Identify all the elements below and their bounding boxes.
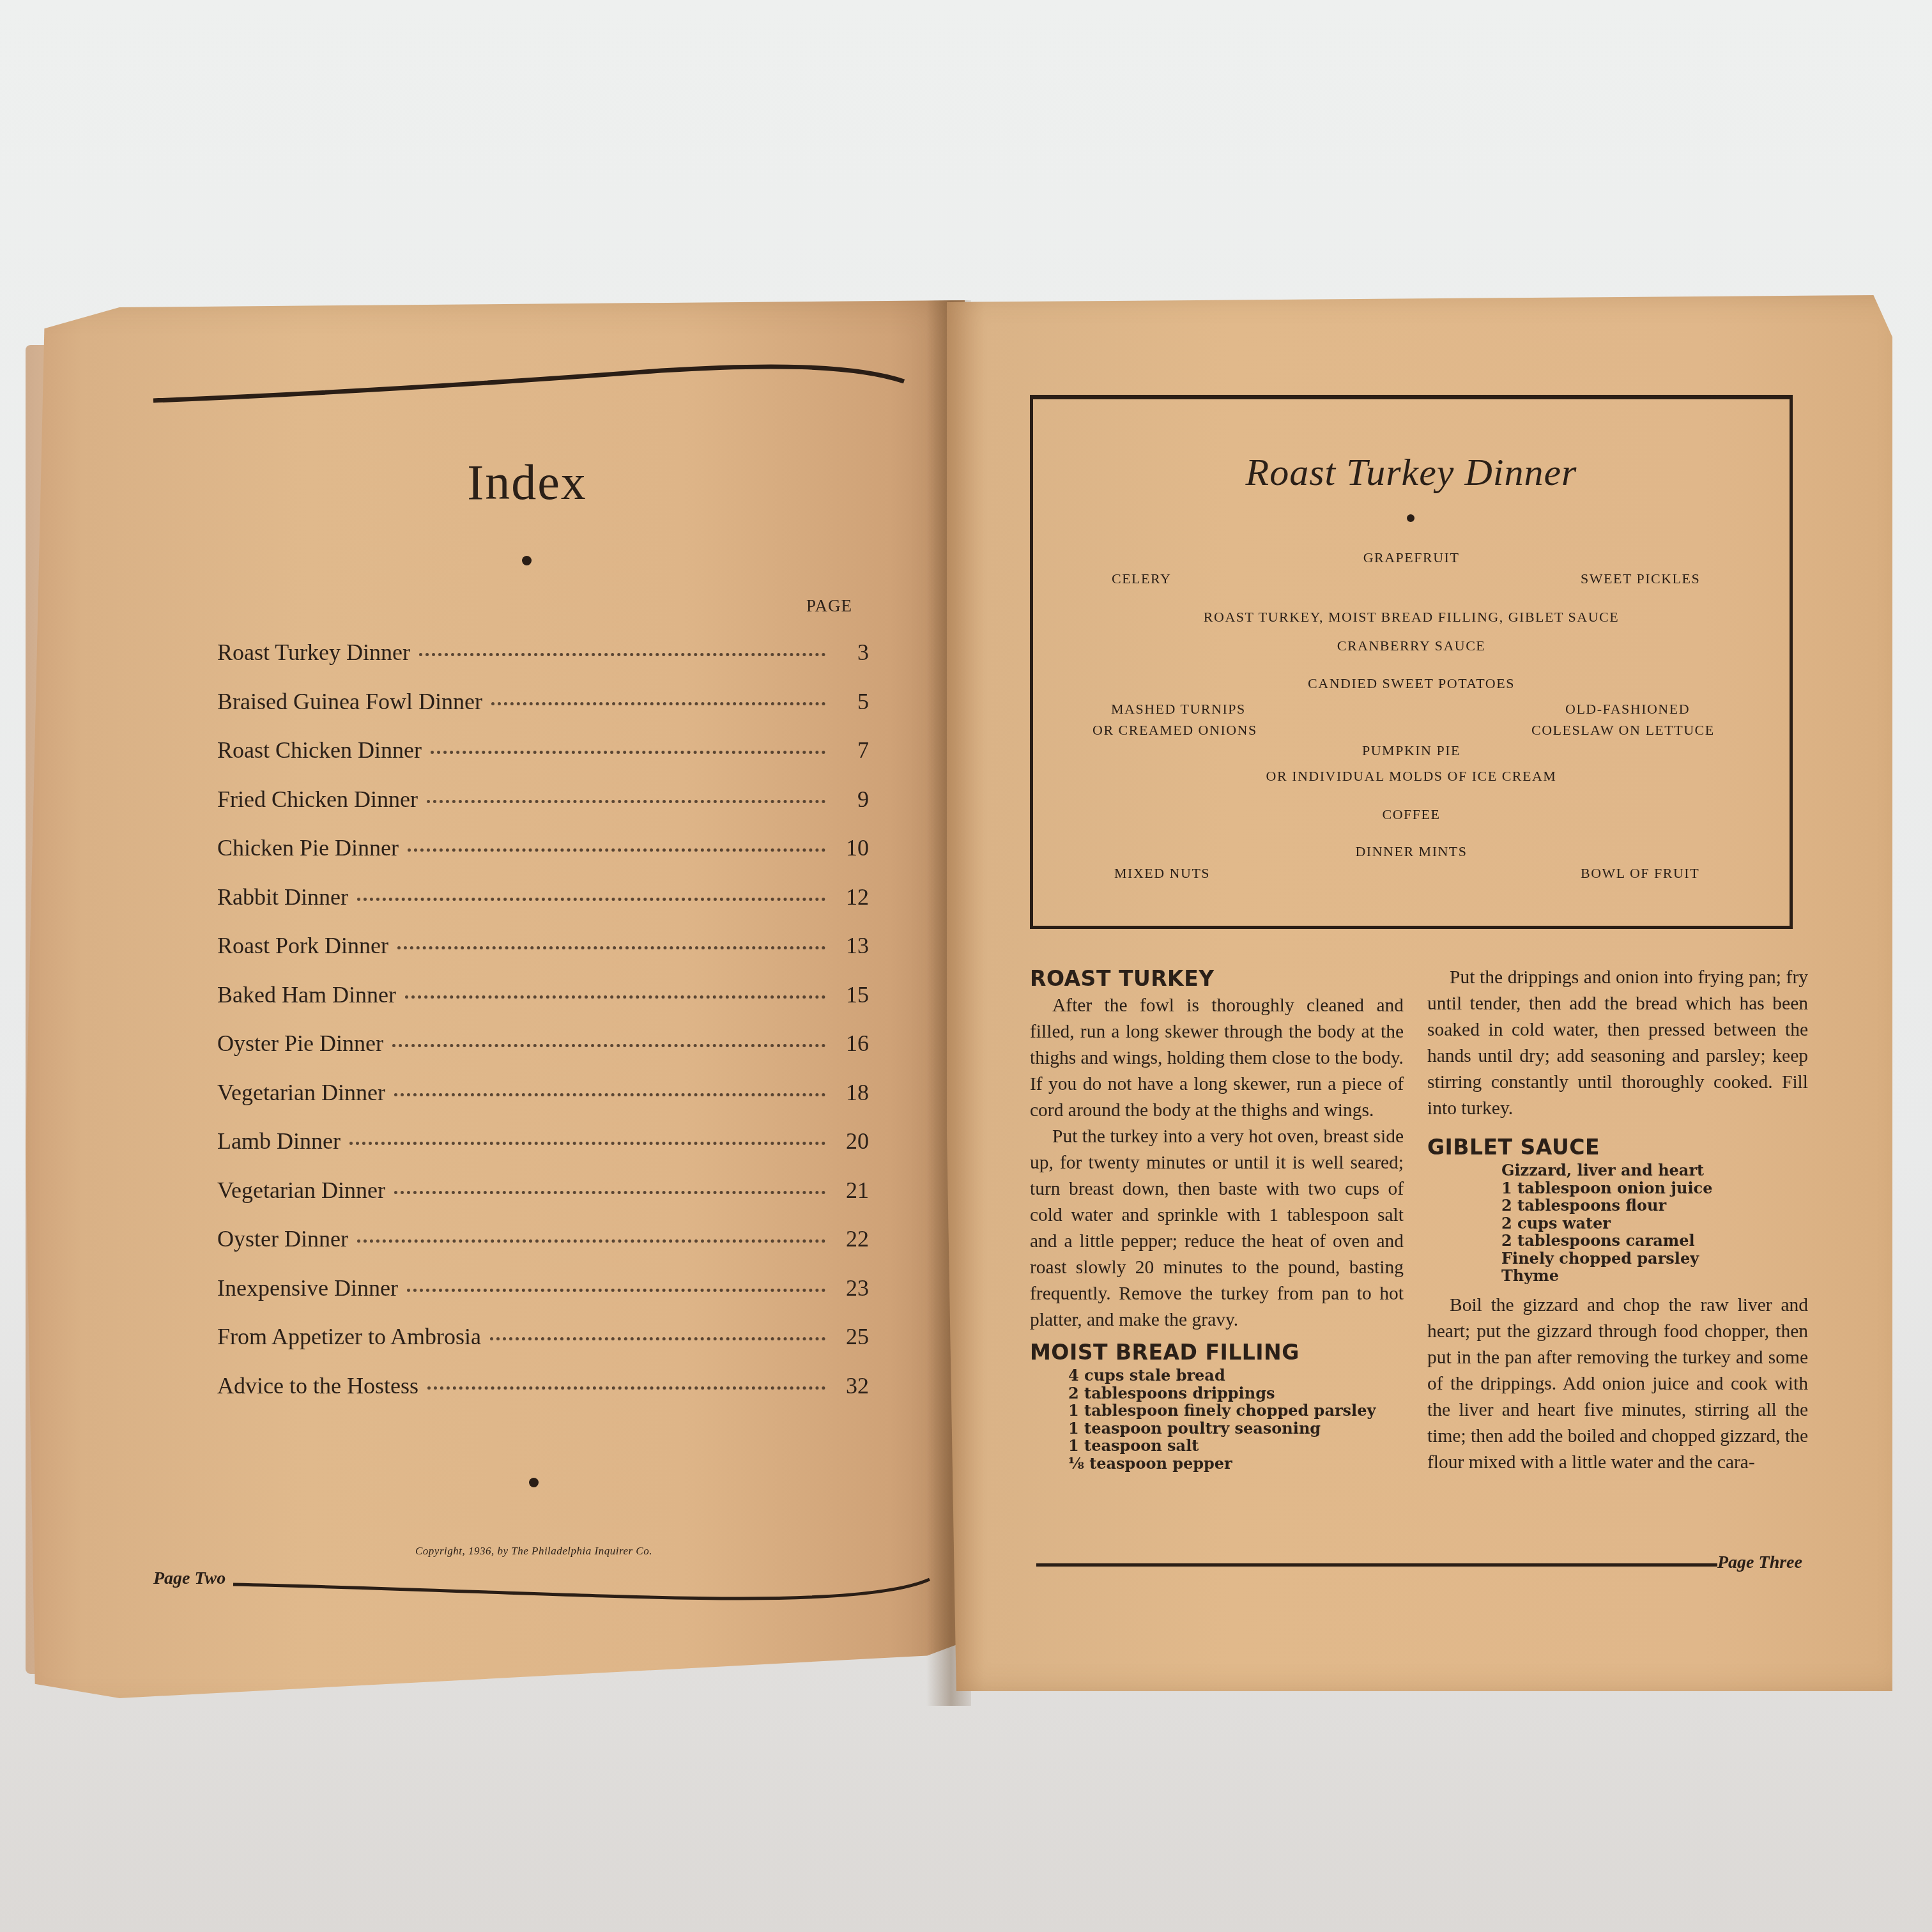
- index-entry-title: Chicken Pie Dinner: [217, 834, 399, 861]
- open-cookbook: Index PAGE Roast Turkey Dinner3 Braised …: [0, 0, 1932, 1932]
- index-entry-page: 10: [839, 834, 869, 861]
- menu-item: DINNER MINTS: [1030, 843, 1793, 860]
- menu-item: BOWL OF FRUIT: [1581, 865, 1699, 882]
- index-entry-title: Fried Chicken Dinner: [217, 786, 418, 813]
- index-entry-title: Lamb Dinner: [217, 1128, 341, 1154]
- index-entry-page: 23: [839, 1275, 869, 1301]
- ingredient: Gizzard, liver and heart: [1501, 1161, 1808, 1179]
- dot-leader: [392, 1044, 825, 1047]
- recipe-column-left: ROAST TURKEY After the fowl is thoroughl…: [1030, 965, 1404, 1472]
- menu-item: GRAPEFRUIT: [1030, 549, 1793, 566]
- ingredient-list: Gizzard, liver and heart 1 tablespoon on…: [1427, 1161, 1808, 1285]
- menu-item: CANDIED SWEET POTATOES: [1030, 675, 1793, 692]
- top-rule-left: [150, 355, 910, 412]
- index-entry-title: Roast Turkey Dinner: [217, 639, 410, 666]
- dot-leader: [407, 1289, 825, 1292]
- recipe-paragraph: Boil the gizzard and chop the raw liver …: [1427, 1292, 1808, 1476]
- dot-leader: [419, 653, 825, 656]
- dot-leader: [427, 800, 825, 803]
- ingredient: 1 teaspoon salt: [1068, 1437, 1404, 1455]
- index-entry[interactable]: Baked Ham Dinner15: [217, 981, 869, 1031]
- ingredient: 2 tablespoons caramel: [1501, 1232, 1808, 1250]
- index-entry-title: Roast Chicken Dinner: [217, 737, 422, 763]
- index-entry-page: 3: [839, 639, 869, 666]
- dot-leader: [491, 702, 825, 705]
- index-list: Roast Turkey Dinner3 Braised Guinea Fowl…: [217, 639, 869, 1421]
- index-entry-page: 22: [839, 1225, 869, 1252]
- recipe-paragraph: Put the turkey into a very hot oven, bre…: [1030, 1124, 1404, 1333]
- ingredient: 2 tablespoons flour: [1501, 1197, 1808, 1215]
- ingredient: Finely chopped parsley: [1501, 1250, 1808, 1268]
- index-entry-page: 20: [839, 1128, 869, 1154]
- index-entry-page: 15: [839, 981, 869, 1008]
- index-entry-title: Vegetarian Dinner: [217, 1079, 385, 1106]
- index-entry-page: 7: [839, 737, 869, 763]
- index-entry-page: 18: [839, 1079, 869, 1106]
- index-entry-title: Braised Guinea Fowl Dinner: [217, 688, 482, 715]
- index-entry-title: Oyster Pie Dinner: [217, 1030, 383, 1057]
- index-entry-page: 9: [839, 786, 869, 813]
- index-entry[interactable]: Vegetarian Dinner21: [217, 1177, 869, 1226]
- dot-leader: [405, 995, 825, 999]
- index-entry[interactable]: From Appetizer to Ambrosia25: [217, 1323, 869, 1372]
- index-entry[interactable]: Chicken Pie Dinner10: [217, 834, 869, 884]
- section-heading-giblet-sauce: GIBLET SAUCE: [1427, 1133, 1808, 1161]
- index-entry-title: Vegetarian Dinner: [217, 1177, 385, 1204]
- menu-item: PUMPKIN PIE: [1030, 742, 1793, 759]
- index-entry-title: Advice to the Hostess: [217, 1372, 418, 1399]
- ingredient: ⅛ teaspoon pepper: [1068, 1455, 1404, 1473]
- ingredient: 1 tablespoon finely chopped parsley: [1068, 1402, 1404, 1420]
- ingredient-list: 4 cups stale bread 2 tablespoons drippin…: [1030, 1367, 1404, 1472]
- menu-item: OR INDIVIDUAL MOLDS OF ICE CREAM: [1030, 768, 1793, 785]
- section-heading-roast-turkey: ROAST TURKEY: [1030, 965, 1404, 993]
- index-entry[interactable]: Roast Pork Dinner13: [217, 932, 869, 981]
- ornament-dot: [522, 556, 532, 565]
- index-entry-title: Oyster Dinner: [217, 1225, 348, 1252]
- bottom-rule-left: [230, 1572, 933, 1610]
- index-entry-page: 25: [839, 1323, 869, 1350]
- dot-leader: [397, 946, 825, 949]
- menu-item: ROAST TURKEY, MOIST BREAD FILLING, GIBLE…: [1030, 609, 1793, 625]
- menu-item: MIXED NUTS: [1114, 865, 1210, 882]
- menu-title: Roast Turkey Dinner: [1030, 450, 1793, 494]
- dot-leader: [431, 751, 825, 754]
- menu-item: COFFEE: [1030, 806, 1793, 823]
- ingredient: 2 cups water: [1501, 1215, 1808, 1232]
- index-entry-title: Baked Ham Dinner: [217, 981, 396, 1008]
- menu-item: CELERY: [1112, 571, 1171, 587]
- index-entry-title: Roast Pork Dinner: [217, 932, 388, 959]
- menu-item: CRANBERRY SAUCE: [1030, 638, 1793, 654]
- ornament-dot: [1407, 514, 1414, 522]
- bottom-rule-right: [1036, 1563, 1717, 1567]
- index-entry-title: From Appetizer to Ambrosia: [217, 1323, 481, 1350]
- index-entry[interactable]: Fried Chicken Dinner9: [217, 786, 869, 835]
- menu-item: OLD-FASHIONED: [1565, 701, 1690, 717]
- dot-leader: [394, 1191, 825, 1194]
- recipe-paragraph: Put the drippings and onion into frying …: [1427, 965, 1808, 1122]
- ornament-dot: [529, 1478, 539, 1487]
- index-entry-page: 21: [839, 1177, 869, 1204]
- index-entry-title: Rabbit Dinner: [217, 884, 348, 910]
- dot-leader: [394, 1093, 825, 1096]
- index-entry[interactable]: Advice to the Hostess32: [217, 1372, 869, 1422]
- index-entry[interactable]: Roast Chicken Dinner7: [217, 737, 869, 786]
- page-column-label: PAGE: [806, 596, 852, 616]
- page-number-footer: Page Two: [153, 1568, 226, 1589]
- index-entry[interactable]: Rabbit Dinner12: [217, 884, 869, 933]
- index-entry-page: 12: [839, 884, 869, 910]
- section-heading-moist-bread-filling: MOIST BREAD FILLING: [1030, 1338, 1404, 1367]
- dot-leader: [349, 1142, 825, 1145]
- index-entry[interactable]: Roast Turkey Dinner3: [217, 639, 869, 688]
- copyright-notice: Copyright, 1936, by The Philadelphia Inq…: [415, 1545, 652, 1558]
- menu-item: COLESLAW ON LETTUCE: [1531, 722, 1715, 739]
- index-entry-page: 32: [839, 1372, 869, 1399]
- dot-leader: [490, 1337, 825, 1340]
- dot-leader: [408, 848, 825, 852]
- index-entry[interactable]: Lamb Dinner20: [217, 1128, 869, 1177]
- index-heading: Index: [0, 454, 1054, 511]
- ingredient: Thyme: [1501, 1267, 1808, 1285]
- dot-leader: [357, 898, 825, 901]
- index-entry-page: 16: [839, 1030, 869, 1057]
- index-entry[interactable]: Oyster Dinner22: [217, 1225, 869, 1275]
- menu-item: OR CREAMED ONIONS: [1092, 722, 1257, 739]
- ingredient: 4 cups stale bread: [1068, 1367, 1404, 1384]
- ingredient: 1 tablespoon onion juice: [1501, 1179, 1808, 1197]
- index-entry[interactable]: Oyster Pie Dinner16: [217, 1030, 869, 1079]
- index-entry-page: 5: [839, 688, 869, 715]
- menu-item: MASHED TURNIPS: [1111, 701, 1246, 717]
- index-entry-title: Inexpensive Dinner: [217, 1275, 398, 1301]
- recipe-column-right: Put the drippings and onion into frying …: [1427, 965, 1808, 1476]
- menu-item: SWEET PICKLES: [1581, 571, 1700, 587]
- recipe-paragraph: After the fowl is thoroughly cleaned and…: [1030, 993, 1404, 1124]
- index-entry[interactable]: Inexpensive Dinner23: [217, 1275, 869, 1324]
- dot-leader: [427, 1386, 825, 1390]
- index-entry-page: 13: [839, 932, 869, 959]
- page-number-footer: Page Three: [1717, 1552, 1802, 1573]
- ingredient: 1 teaspoon poultry seasoning: [1068, 1420, 1404, 1437]
- dot-leader: [357, 1239, 825, 1243]
- index-entry[interactable]: Braised Guinea Fowl Dinner5: [217, 688, 869, 737]
- index-entry[interactable]: Vegetarian Dinner18: [217, 1079, 869, 1128]
- ingredient: 2 tablespoons drippings: [1068, 1384, 1404, 1402]
